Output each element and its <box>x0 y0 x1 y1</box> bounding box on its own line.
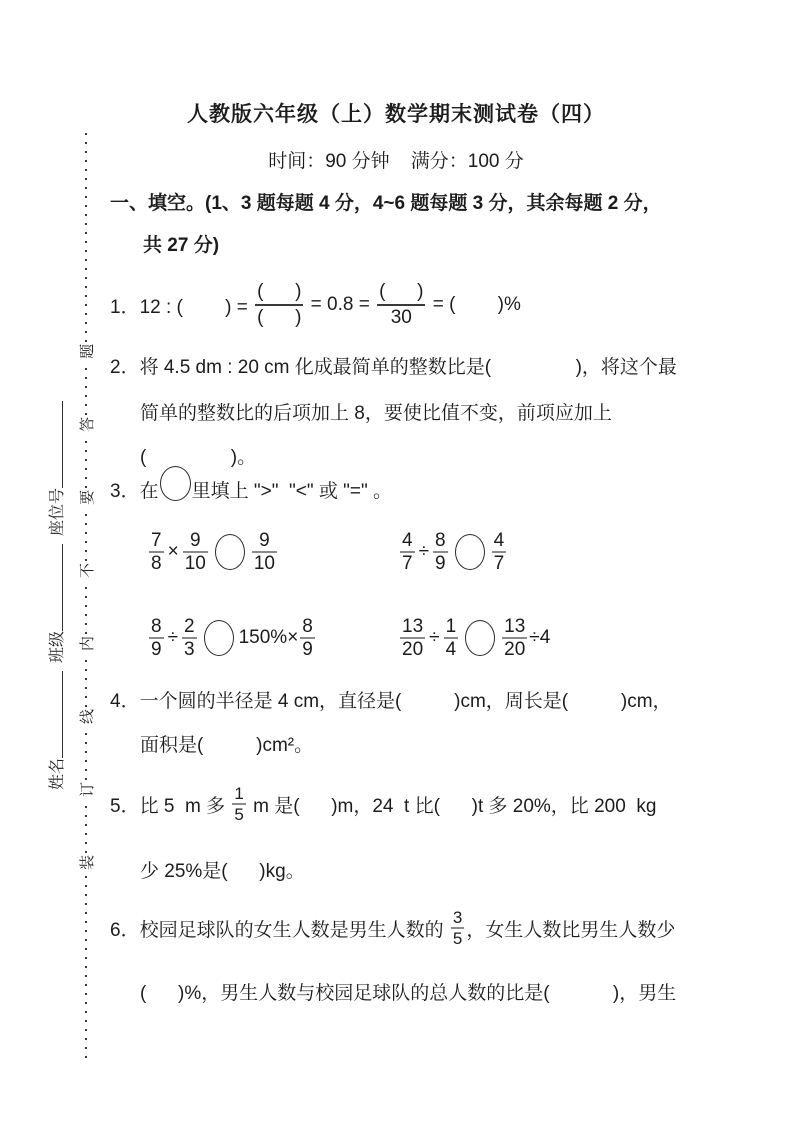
class-label: 班级 <box>44 631 67 663</box>
name-label: 姓名 <box>44 758 67 790</box>
paper-title: 人教版六年级（上）数学期末测试卷（四） <box>110 98 682 128</box>
fraction-numerator: 4 <box>400 530 415 551</box>
dotted-segment <box>85 872 87 1058</box>
fraction-denominator: 9 <box>300 639 315 660</box>
dotted-segment <box>85 653 87 707</box>
dotted-segment <box>85 507 87 561</box>
fraction-denominator: 10 <box>252 553 277 574</box>
fraction-numerator: 8 <box>149 616 164 637</box>
fraction-denominator: 10 <box>183 553 208 574</box>
fraction: 8 9 <box>433 530 448 575</box>
fraction-numerator: 13 <box>400 616 425 637</box>
fraction: 9 10 <box>183 530 208 575</box>
binding-char: 不 <box>76 561 97 580</box>
fraction-denominator: 4 <box>444 639 459 660</box>
fraction-numerator: 7 <box>149 530 164 551</box>
fraction: ( ) 30 <box>377 280 425 330</box>
question-4-line-2: 面积是( )cm²。 <box>140 730 313 757</box>
answer-circle <box>160 466 191 501</box>
answer-circle <box>455 534 485 570</box>
fraction-denominator: 9 <box>433 553 448 574</box>
q3-expression-d: 13 20 ÷ 1 4 13 20 ÷4 <box>398 610 550 666</box>
fraction: 4 7 <box>400 530 415 575</box>
question-5-line-2: 少 25%是( )kg。 <box>140 856 305 883</box>
q3-text-mid: 150%× <box>239 627 299 649</box>
binding-dotted-line: 装 订 线 内 不 要 答 题 <box>74 128 98 1058</box>
answer-circle <box>465 620 495 656</box>
dotted-segment <box>85 128 87 342</box>
fraction-numerator: ( ) <box>255 280 303 304</box>
fraction: 13 20 <box>502 616 527 661</box>
question-4-line-1: 4．一个圆的半径是 4 cm，直径是( )cm，周长是( )cm， <box>110 686 672 713</box>
fraction: 1 4 <box>444 616 459 661</box>
fraction-denominator: 5 <box>232 805 245 824</box>
question-2-line-2: 简单的整数比的后项加上 8，要使比值不变，前项应加上 <box>140 398 612 425</box>
question-2-line-3: ( )。 <box>140 442 256 469</box>
q3-text-post: 里填上 ">" "<" 或 "=" 。 <box>192 476 392 503</box>
question-3-lead: 3．在 里填上 ">" "<" 或 "=" 。 <box>110 472 392 506</box>
fraction-denominator: 5 <box>451 929 464 948</box>
fraction-numerator: 4 <box>492 530 507 551</box>
fraction-denominator: 7 <box>492 553 507 574</box>
fraction-numerator: 3 <box>451 908 464 927</box>
fraction: 2 3 <box>182 616 197 661</box>
fraction: 13 20 <box>400 616 425 661</box>
question-6-line-2: ( )%，男生人数与校园足球队的总人数的比是( )，男生 <box>140 978 676 1005</box>
question-6-line-1: 6．校园足球队的女生人数是男生人数的 3 5 ，女生人数比男生人数少 <box>110 902 675 954</box>
fraction-numerator: 8 <box>433 530 448 551</box>
binding-char: 要 <box>76 488 97 507</box>
binding-margin: 姓名 班级 座位号 装 订 线 内 不 要 答 题 <box>40 128 98 1058</box>
fraction-numerator: 9 <box>257 530 272 551</box>
q1-text-3: = ( )% <box>427 294 520 316</box>
dotted-segment <box>85 434 87 488</box>
q5-text-1: 5．比 5 m 多 <box>110 791 230 818</box>
fraction-denominator: 20 <box>400 639 425 660</box>
fraction-numerator: 1 <box>444 616 459 637</box>
q3-text-post: ÷4 <box>529 627 550 649</box>
question-5-line-1: 5．比 5 m 多 1 5 m 是( )m，24 t 比( )t 多 20%，比… <box>110 778 656 830</box>
fraction: 1 5 <box>232 784 245 824</box>
seat-blank-line <box>48 401 63 488</box>
fraction-numerator: 1 <box>232 784 245 803</box>
fraction: ( ) ( ) <box>255 280 303 330</box>
q3-expression-c: 8 9 ÷ 2 3 150%× 8 9 <box>147 610 317 666</box>
fraction-numerator: 13 <box>502 616 527 637</box>
dotted-segment <box>85 580 87 634</box>
dotted-segment <box>85 361 87 415</box>
fraction-denominator: 3 <box>182 639 197 660</box>
q6-text-1: 6．校园足球队的女生人数是男生人数的 <box>110 915 449 942</box>
binding-char: 答 <box>76 415 97 434</box>
fraction-numerator: 9 <box>188 530 203 551</box>
fraction-denominator: 9 <box>149 639 164 660</box>
q6-text-2: ，女生人数比男生人数少 <box>466 915 675 942</box>
fraction-denominator: ( ) <box>255 306 303 330</box>
operator: × <box>168 541 179 563</box>
answer-circle <box>204 620 234 656</box>
fraction-denominator: 30 <box>389 306 414 330</box>
dotted-segment <box>85 726 87 780</box>
binding-char: 订 <box>76 780 97 799</box>
fraction: 8 9 <box>149 616 164 661</box>
fraction-denominator: 20 <box>502 639 527 660</box>
fraction: 9 10 <box>252 530 277 575</box>
name-blank-line <box>48 671 63 758</box>
operator: ÷ <box>168 627 178 649</box>
q5-text-2: m 是( )m，24 t 比( )t 多 20%，比 200 kg <box>248 791 657 818</box>
q3-expression-b: 4 7 ÷ 8 9 4 7 <box>398 524 508 580</box>
fraction-numerator: ( ) <box>377 280 425 304</box>
fraction: 8 9 <box>300 616 315 661</box>
binding-char: 装 <box>76 853 97 872</box>
section-1-heading-line-2: 共 27 分) <box>143 230 219 257</box>
q3-expression-a: 7 8 × 9 10 9 10 <box>147 524 279 580</box>
section-1-heading-line-1: 一、填空。(1、3 题每题 4 分，4~6 题每题 3 分，其余每题 2 分， <box>110 188 662 215</box>
test-paper-page: 姓名 班级 座位号 装 订 线 内 不 要 答 题 人教版六年级 <box>0 0 793 1122</box>
q1-text-2: = 0.8 = <box>305 294 375 316</box>
fraction-denominator: 8 <box>149 553 164 574</box>
fraction-numerator: 2 <box>182 616 197 637</box>
question-2-line-1: 2．将 4.5 dm : 20 cm 化成最简单的整数比是( )，将这个最 <box>110 352 677 379</box>
q3-text-pre: 3．在 <box>110 476 159 503</box>
fraction: 4 7 <box>492 530 507 575</box>
dotted-segment <box>85 799 87 853</box>
answer-circle <box>215 534 245 570</box>
fraction: 3 5 <box>451 908 464 948</box>
q1-text-1: 1．12 : ( ) = <box>110 292 253 319</box>
binding-char: 内 <box>76 634 97 653</box>
student-info-row: 姓名 班级 座位号 <box>40 128 70 1058</box>
operator: ÷ <box>429 627 439 649</box>
class-blank-line <box>48 544 63 631</box>
question-1: 1．12 : ( ) = ( ) ( ) = 0.8 = ( ) 30 = ( … <box>110 276 521 334</box>
seat-number-label: 座位号 <box>44 488 67 536</box>
binding-char: 线 <box>76 707 97 726</box>
fraction-numerator: 8 <box>300 616 315 637</box>
binding-char: 题 <box>76 342 97 361</box>
fraction: 7 8 <box>149 530 164 575</box>
paper-subtitle: 时间：90 分钟 满分：100 分 <box>110 146 682 173</box>
fraction-denominator: 7 <box>400 553 415 574</box>
operator: ÷ <box>419 541 429 563</box>
